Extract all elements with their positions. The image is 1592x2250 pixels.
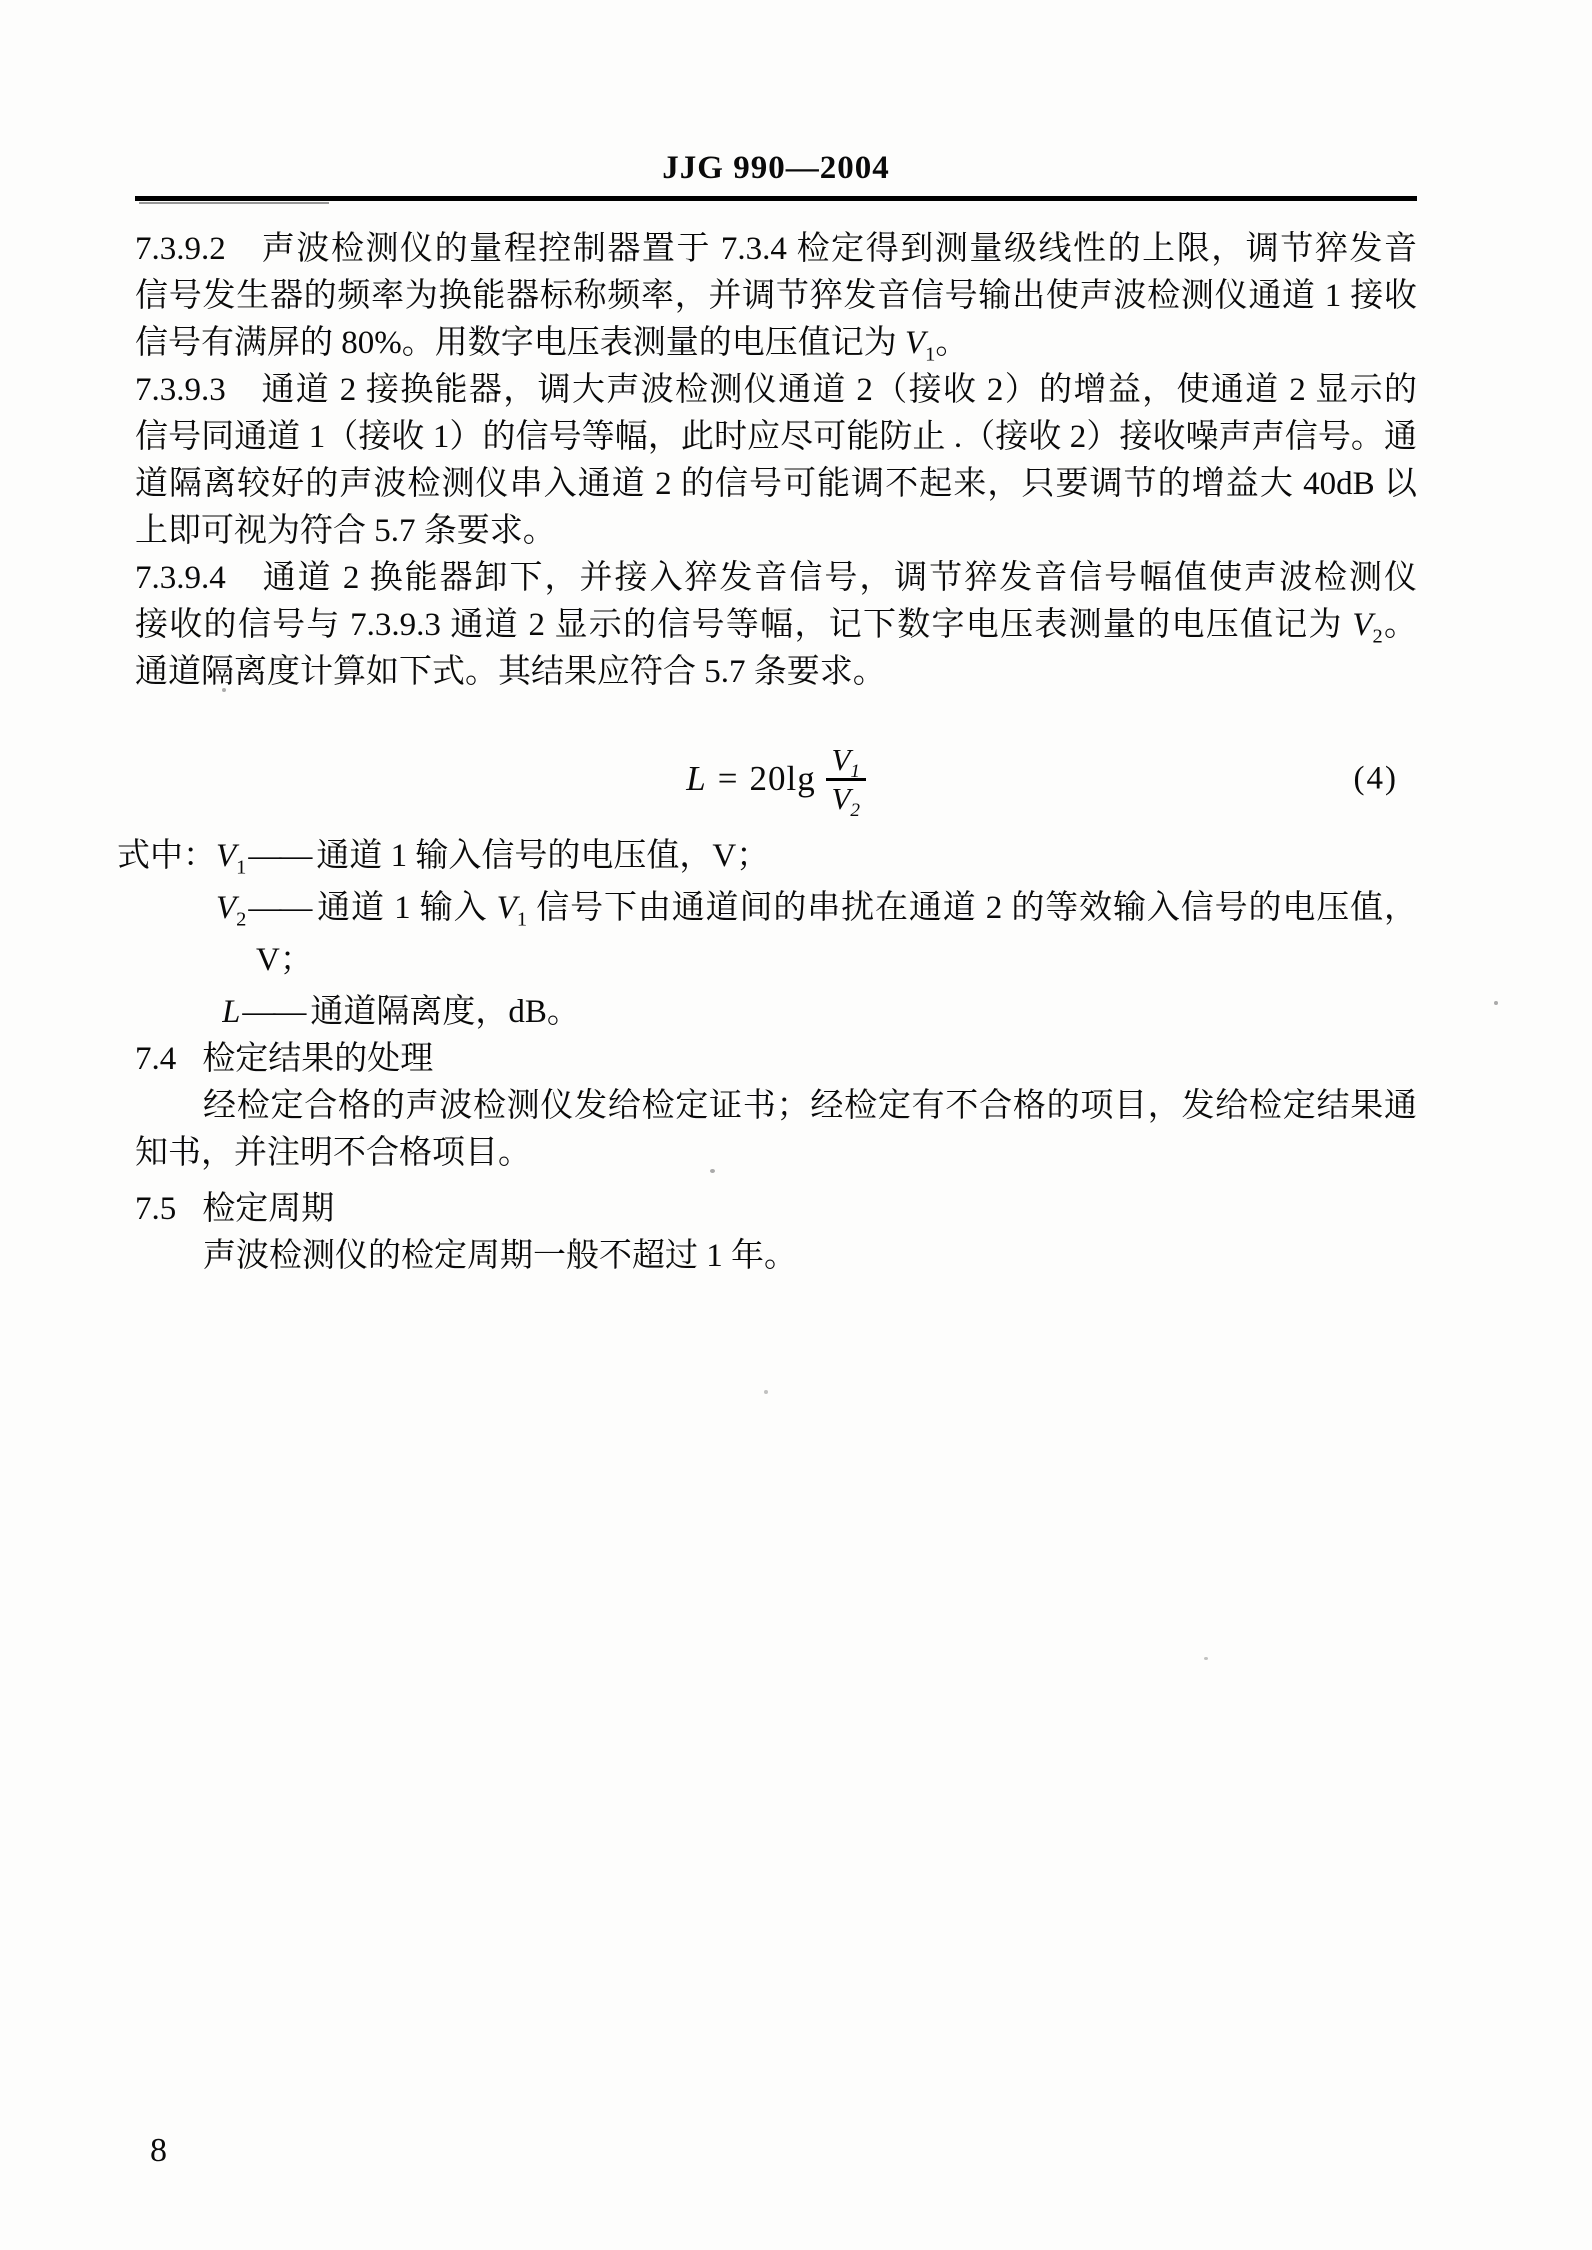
line-text: 经检定合格的声波检测仪发给检定证书；经检定有不合格的项目，发给检定结果通 [203, 1088, 1417, 1124]
line-text: 知书，并注明不合格项目。 [135, 1135, 531, 1171]
section-title: 检定周期 [202, 1191, 334, 1227]
equals-sign: = [718, 759, 738, 799]
scan-speck [1204, 1657, 1208, 1660]
section-title: 检定结果的处理 [202, 1041, 433, 1077]
voltage-symbol: V [905, 325, 925, 361]
section-7-5-heading: 7.5检定周期 [135, 1186, 1417, 1233]
equation-number: (4) [1354, 761, 1398, 798]
text-line: 信号发生器的频率为换能器标称频率，并调节猝发音信号输出使声波检测仪通道 1 接收 [135, 273, 1417, 320]
page-number: 8 [150, 2132, 167, 2170]
header-rule [135, 196, 1417, 201]
denominator-symbol: V [831, 781, 850, 816]
definition-dash: —— [248, 890, 310, 926]
voltage-symbol: V [497, 890, 517, 926]
text-line: 通道隔离度计算如下式。其结果应符合 5.7 条要求。 [135, 649, 1417, 696]
line-text: 7.3.9.2 声波检测仪的量程控制器置于 7.3.4 检定得到测量级线性的上限… [135, 231, 1417, 267]
voltage-subscript: 1 [925, 344, 935, 366]
equation-row: L = 20lg V1 V2 (4) [135, 733, 1417, 825]
document-code-header: JJG 990—2004 [135, 150, 1417, 187]
numerator-symbol: V [831, 742, 850, 777]
legend-text: 通道隔离度，dB。 [310, 994, 580, 1030]
line-text: 信号有满屏的 80%。用数字电压表测量的电压值记为 [135, 325, 905, 361]
section-7-4-heading: 7.4检定结果的处理 [135, 1036, 1417, 1083]
text-line: 信号有满屏的 80%。用数字电压表测量的电压值记为 V1。 [135, 320, 1417, 367]
voltage-symbol: V [216, 890, 236, 926]
legend-text: 通道 1 输入 [316, 890, 496, 926]
line-text: 。 [935, 325, 968, 361]
legend-text: V； [256, 942, 313, 978]
line-text: 上即可视为符合 5.7 条要求。 [135, 513, 556, 549]
formula-legend-block: 式中：V1——通道 1 输入信号的电压值，V； V2——通道 1 输入 V1 信… [117, 830, 1417, 1038]
scan-speck [212, 1200, 215, 1205]
legend-line-v1: 式中：V1——通道 1 输入信号的电压值，V； [117, 830, 1417, 882]
voltage-symbol: V [1352, 607, 1372, 643]
line-text: 。 [1383, 607, 1417, 643]
text-line: 接收的信号与 7.3.9.3 通道 2 显示的信号等幅，记下数字电压表测量的电压… [135, 602, 1417, 649]
numerator-subscript: 1 [850, 761, 860, 782]
document-page: JJG 990—2004 7.3.9.2 声波检测仪的量程控制器置于 7.3.4… [0, 0, 1592, 2250]
definition-dash: —— [248, 838, 310, 874]
legend-line-l: L——通道隔离度，dB。 [222, 986, 1417, 1038]
voltage-subscript: 1 [236, 857, 246, 879]
voltage-symbol: V [216, 838, 236, 874]
text-line: 上即可视为符合 5.7 条要求。 [135, 508, 1417, 555]
formula-lhs: L [686, 759, 705, 799]
line-text: 接收的信号与 7.3.9.3 通道 2 显示的信号等幅，记下数字电压表测量的电压… [135, 607, 1352, 643]
text-line: 道隔离较好的声波检测仪串入通道 2 的信号可能调不起来，只要调节的增益大 40d… [135, 461, 1417, 508]
line-text: 信号同通道 1（接收 1）的信号等幅，此时应尽可能防止 .（接收 2）接收噪声声… [135, 419, 1417, 455]
denominator-subscript: 2 [850, 800, 860, 821]
section-7-4: 7.4检定结果的处理 经检定合格的声波检测仪发给检定证书；经检定有不合格的项目，… [135, 1036, 1417, 1177]
line-text: 信号发生器的频率为换能器标称频率，并调节猝发音信号输出使声波检测仪通道 1 接收 [135, 278, 1417, 314]
text-line: 信号同通道 1（接收 1）的信号等幅，此时应尽可能防止 .（接收 2）接收噪声声… [135, 414, 1417, 461]
line-text: 声波检测仪的检定周期一般不超过 1 年。 [203, 1238, 797, 1274]
line-text: 道隔离较好的声波检测仪串入通道 2 的信号可能调不起来，只要调节的增益大 40d… [135, 466, 1417, 502]
voltage-ratio-fraction: V1 V2 [826, 743, 866, 816]
scan-speck [764, 1390, 768, 1394]
voltage-subscript: 2 [1373, 626, 1383, 648]
channel-isolation-formula: L = 20lg V1 V2 [686, 743, 865, 816]
text-line: 经检定合格的声波检测仪发给检定证书；经检定有不合格的项目，发给检定结果通 [135, 1083, 1417, 1130]
legend-line-v2: V2——通道 1 输入 V1 信号下由通道间的串扰在通道 2 的等效输入信号的电… [216, 882, 1417, 934]
text-line: 知书，并注明不合格项目。 [135, 1130, 1417, 1177]
scan-speck [710, 1169, 715, 1173]
section-number: 7.5 [135, 1186, 176, 1233]
definition-dash: —— [242, 994, 304, 1030]
isolation-symbol: L [222, 994, 240, 1030]
fraction-numerator: V1 [826, 743, 866, 777]
text-line: 7.3.9.3 通道 2 接换能器，调大声波检测仪通道 2（接收 2）的增益，使… [135, 367, 1417, 414]
text-line: 7.3.9.4 通道 2 换能器卸下，并接入猝发音信号，调节猝发音信号幅值使声波… [135, 555, 1417, 602]
body-text-block: 7.3.9.2 声波检测仪的量程控制器置于 7.3.4 检定得到测量级线性的上限… [135, 226, 1417, 696]
text-line: 7.3.9.2 声波检测仪的量程控制器置于 7.3.4 检定得到测量级线性的上限… [135, 226, 1417, 273]
legend-text: 信号下由通道间的串扰在通道 2 的等效输入信号的电压值， [527, 890, 1417, 926]
line-text: 7.3.9.3 通道 2 接换能器，调大声波检测仪通道 2（接收 2）的增益，使… [135, 372, 1417, 408]
scan-speck [222, 688, 226, 692]
section-7-5: 7.5检定周期 声波检测仪的检定周期一般不超过 1 年。 [135, 1186, 1417, 1280]
formula-coefficient: 20lg [749, 759, 815, 799]
section-number: 7.4 [135, 1036, 176, 1083]
scan-speck [1494, 1001, 1498, 1005]
legend-intro: 式中： [117, 838, 216, 874]
fraction-denominator: V2 [826, 782, 866, 816]
voltage-subscript: 2 [236, 909, 246, 931]
legend-text: 通道 1 输入信号的电压值，V； [316, 838, 769, 874]
legend-line-v2-continuation: V； [256, 934, 1417, 986]
text-line: 声波检测仪的检定周期一般不超过 1 年。 [135, 1233, 1417, 1280]
voltage-subscript: 1 [517, 909, 527, 931]
line-text: 7.3.9.4 通道 2 换能器卸下，并接入猝发音信号，调节猝发音信号幅值使声波… [135, 560, 1417, 596]
line-text: 通道隔离度计算如下式。其结果应符合 5.7 条要求。 [135, 654, 886, 690]
